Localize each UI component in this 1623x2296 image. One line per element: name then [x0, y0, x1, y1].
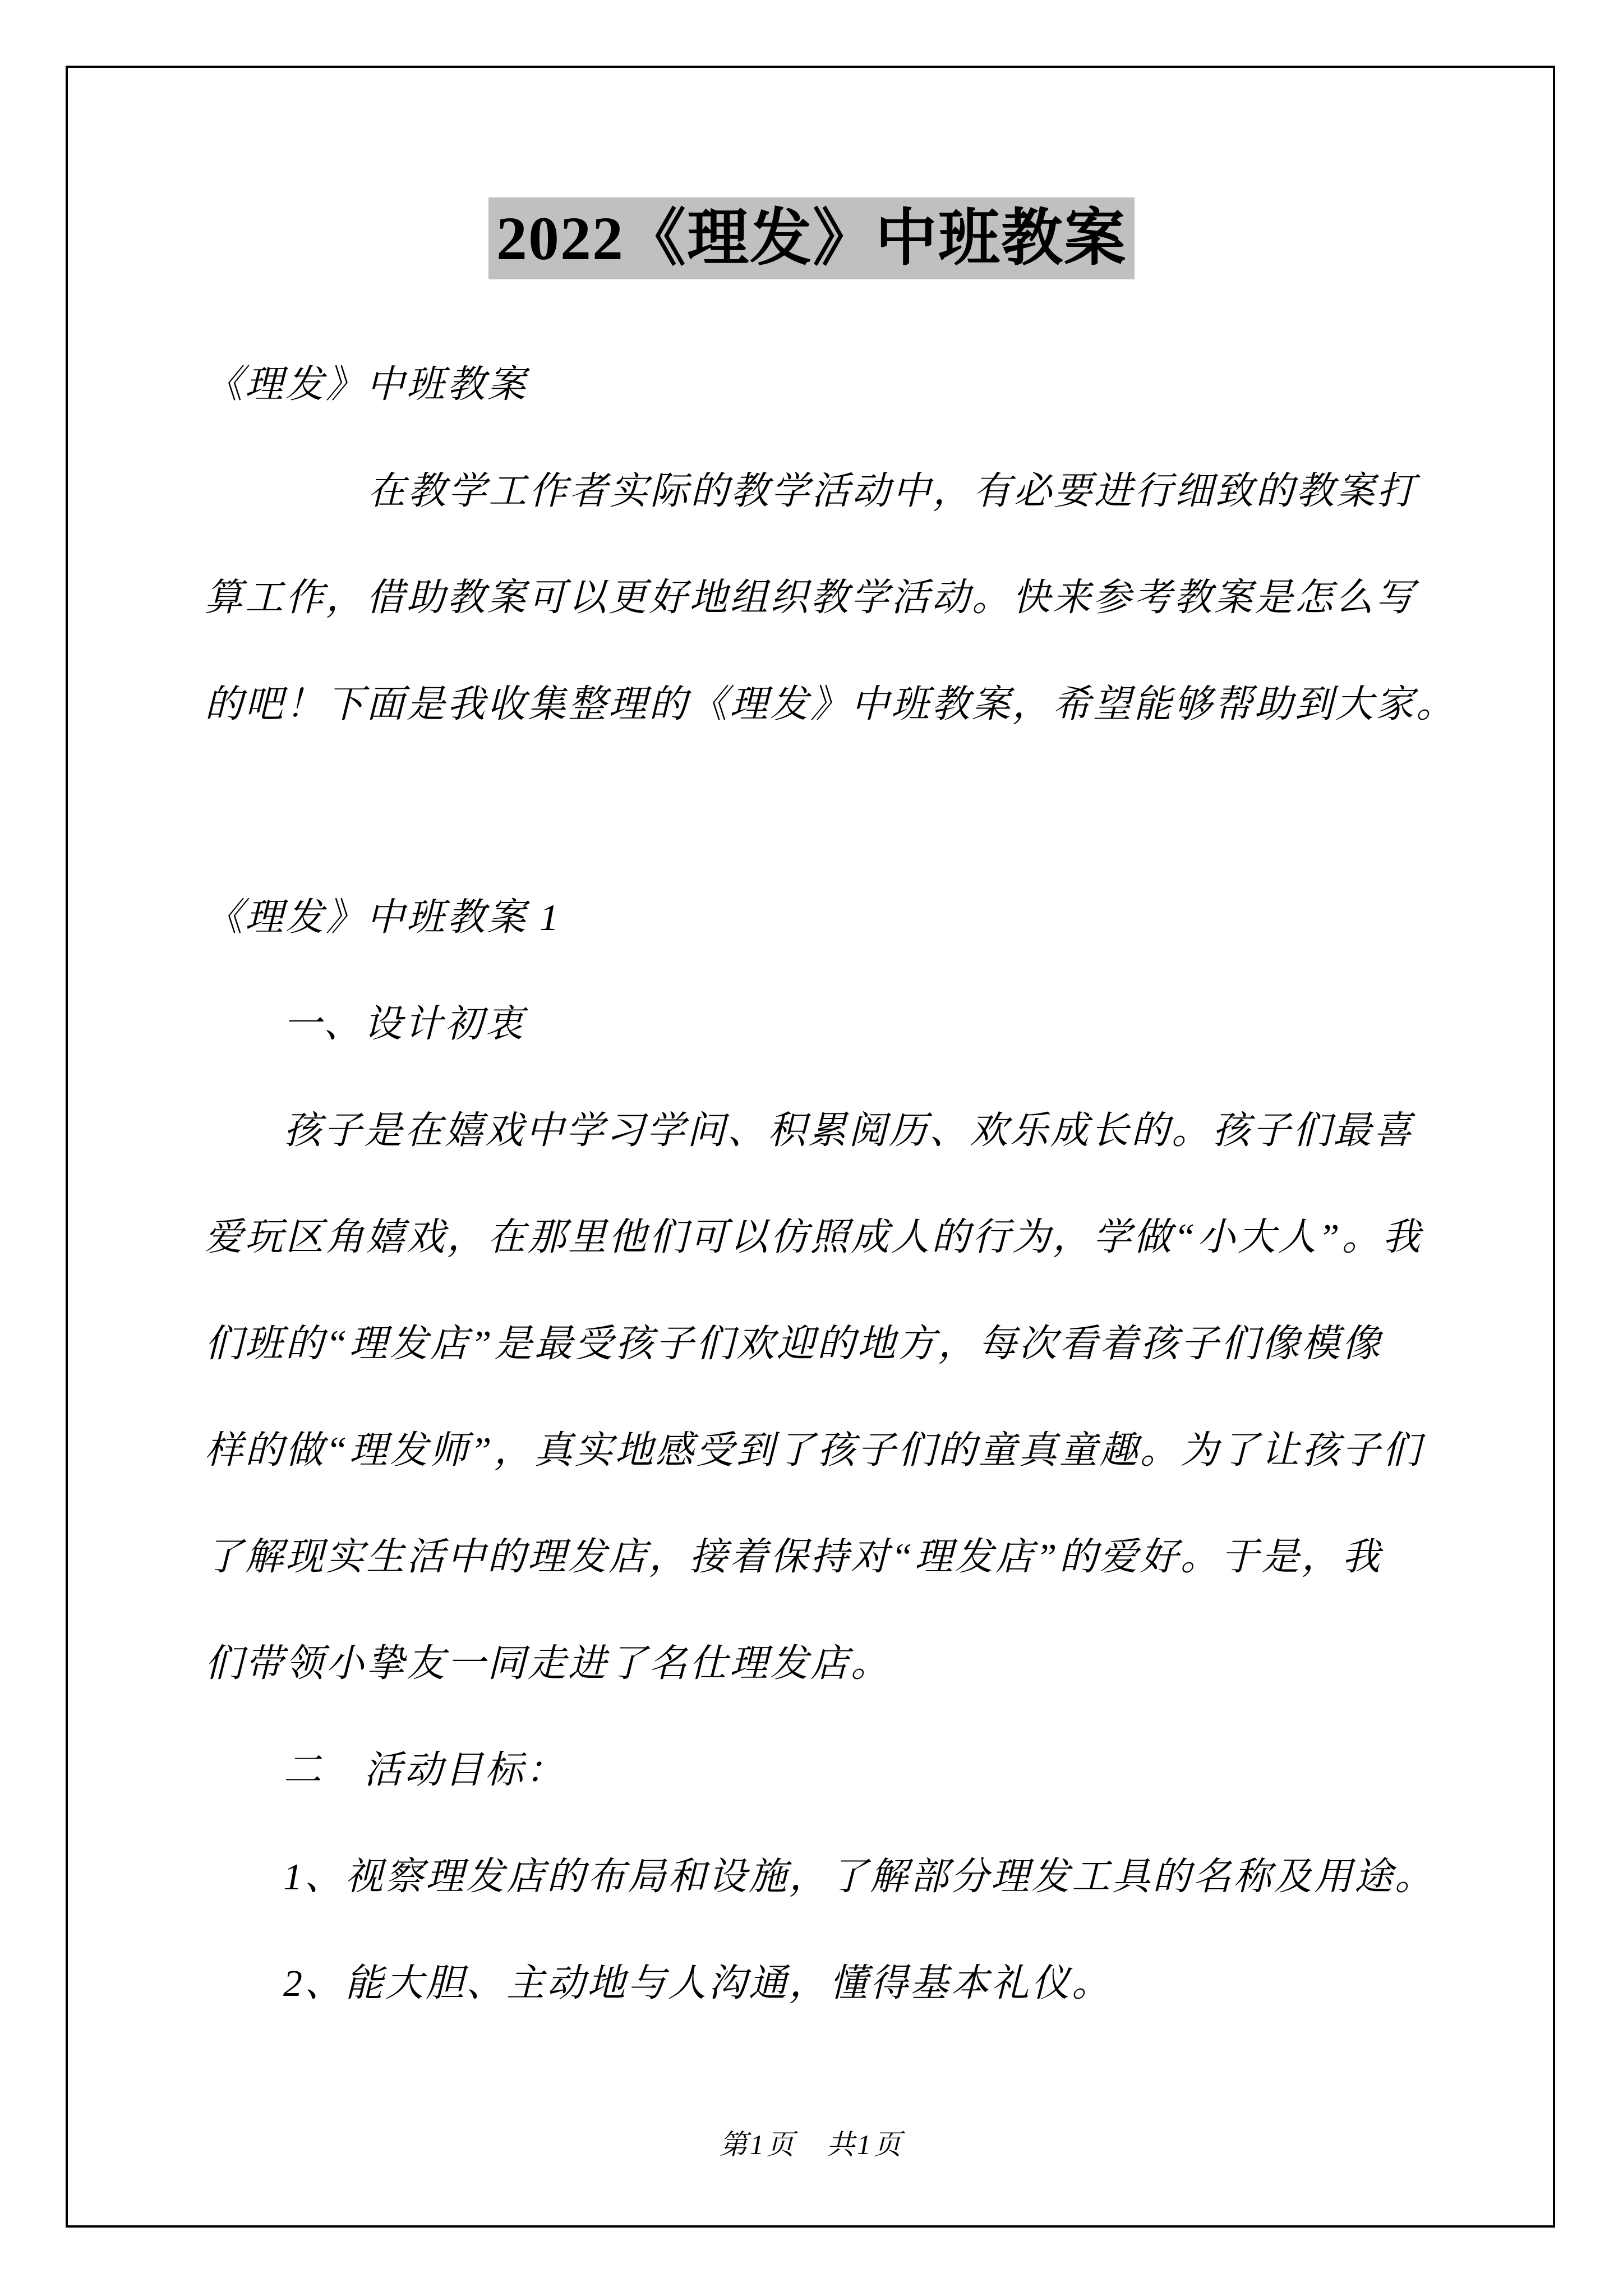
doc-line: 二 活动目标：	[205, 1717, 1433, 1823]
doc-line: 2、能大胆、主动地与人沟通，懂得基本礼仪。	[205, 1930, 1433, 2036]
doc-line: 算工作，借助教案可以更好地组织教学活动。快来参考教案是怎么写	[205, 544, 1433, 651]
page-title-highlighted-text: 2022《理发》中班教案	[488, 197, 1135, 279]
page-title: 2022《理发》中班教案	[0, 197, 1623, 279]
document-page: 2022《理发》中班教案 《理发》中班教案 在教学工作者实际的教学活动中，有必要…	[0, 0, 1623, 2296]
doc-line: 们带领小挚友一同走进了名仕理发店。	[205, 1610, 1433, 1717]
doc-line: 一、设计初衷	[205, 970, 1433, 1077]
doc-line: 《理发》中班教案 1	[205, 864, 1433, 970]
doc-line: 的吧！下面是我收集整理的《理发》中班教案，希望能够帮助到大家。	[205, 651, 1433, 757]
doc-line: 们班的“理发店”是最受孩子们欢迎的地方，每次看着孩子们像模像	[205, 1290, 1433, 1397]
doc-line: 在教学工作者实际的教学活动中，有必要进行细致的教案打	[205, 438, 1433, 544]
doc-line: 1、视察理发店的布局和设施，了解部分理发工具的名称及用途。	[205, 1823, 1433, 1930]
doc-line: 样的做“理发师”，真实地感受到了孩子们的童真童趣。为了让孩子们	[205, 1397, 1433, 1503]
doc-line: 了解现实生活中的理发店，接着保持对“理发店”的爱好。于是，我	[205, 1503, 1433, 1610]
doc-line: 爱玩区角嬉戏，在那里他们可以仿照成人的行为，学做“小大人”。我	[205, 1184, 1433, 1290]
doc-line: 《理发》中班教案	[205, 331, 1433, 438]
page-footer: 第1页 共1页	[0, 2128, 1623, 2161]
blank-line	[205, 757, 1433, 864]
doc-line: 孩子是在嬉戏中学习学问、积累阅历、欢乐成长的。孩子们最喜	[205, 1077, 1433, 1184]
document-body: 《理发》中班教案 在教学工作者实际的教学活动中，有必要进行细致的教案打 算工作，…	[205, 331, 1433, 2036]
